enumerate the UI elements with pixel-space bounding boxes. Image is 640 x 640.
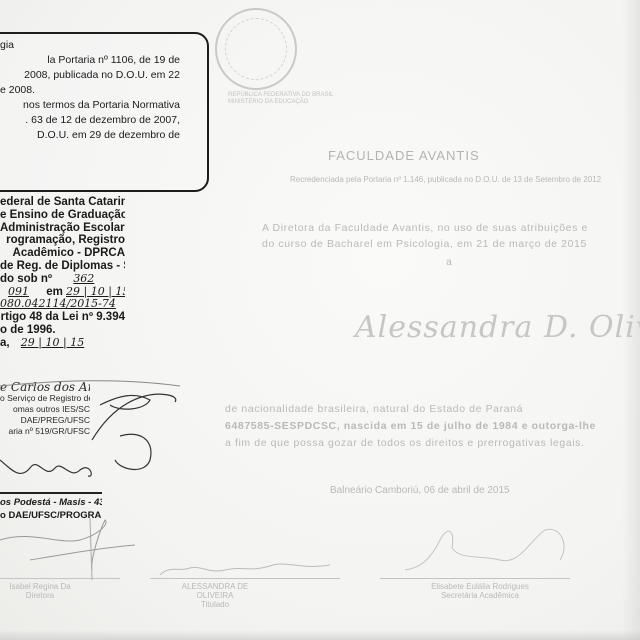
page-edge: [622, 0, 640, 640]
page-edge: [0, 630, 640, 640]
document-page: REPÚBLICA FEDERATIVA DO BRASIL MINISTÉRI…: [0, 0, 640, 640]
handwritten-signatures: [0, 0, 640, 640]
